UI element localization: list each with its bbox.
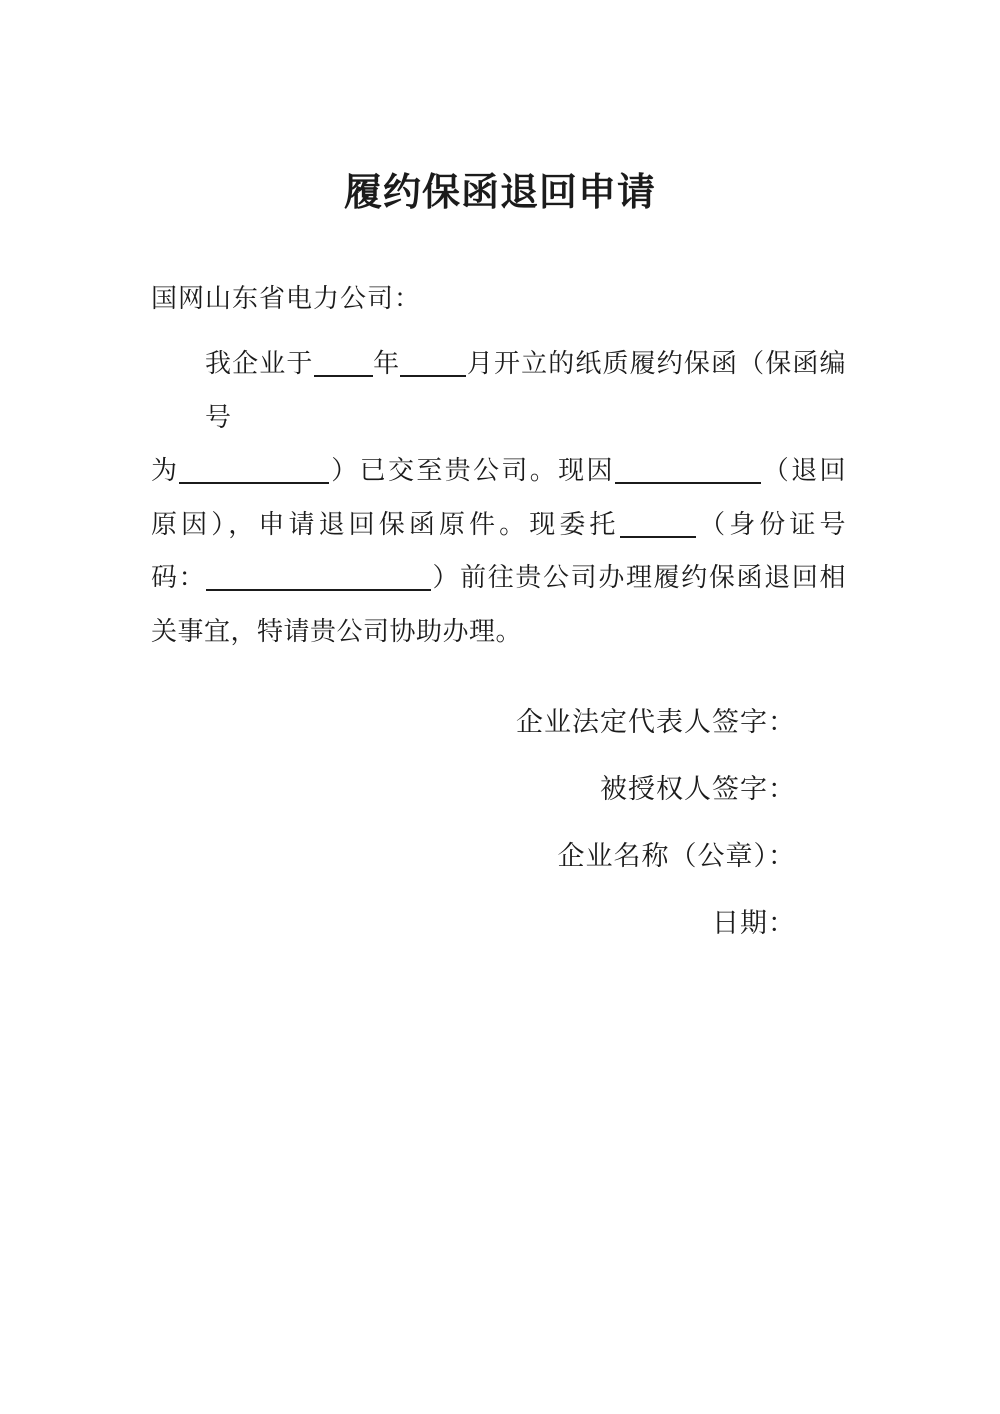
- paragraph-text: 我企业于: [205, 349, 314, 378]
- paragraph-line: 为）已交至贵公司。现因（退回: [151, 444, 846, 498]
- salutation-line: 国网山东省电力公司：: [151, 280, 846, 318]
- paragraph-text: 原因），申请退回保函原件。现委托: [151, 510, 620, 539]
- document-content: 国网山东省电力公司： 我企业于年月开立的纸质履约保函（保函编号为）已交至贵公司。…: [151, 280, 846, 941]
- paragraph-text: 码：: [151, 563, 206, 592]
- paragraph-line: 码：）前往贵公司办理履约保函退回相: [151, 551, 846, 605]
- fill-in-blank: [179, 456, 329, 484]
- paragraph-text: （退回: [761, 456, 846, 485]
- paragraph-line: 原因），申请退回保函原件。现委托（身份证号: [151, 498, 846, 552]
- fill-in-blank: [615, 456, 761, 484]
- signature-line: 被授权人签字：: [151, 771, 796, 807]
- paragraph-text: ）前往贵公司办理履约保函退回相: [431, 563, 846, 592]
- signature-line: 企业名称（公章）：: [151, 838, 796, 874]
- document-title: 履约保函退回申请: [0, 0, 1000, 216]
- fill-in-blank: [206, 563, 431, 591]
- body-paragraph: 我企业于年月开立的纸质履约保函（保函编号为）已交至贵公司。现因（退回原因），申请…: [151, 337, 846, 658]
- paragraph-line: 我企业于年月开立的纸质履约保函（保函编号: [151, 337, 846, 444]
- signature-line: 日期：: [151, 905, 796, 941]
- fill-in-blank: [620, 510, 696, 538]
- fill-in-blank: [400, 349, 466, 377]
- fill-in-blank: [314, 349, 373, 377]
- signature-line: 企业法定代表人签字：: [151, 704, 796, 740]
- paragraph-text: ）已交至贵公司。现因: [329, 456, 615, 485]
- signature-block: 企业法定代表人签字：被授权人签字：企业名称（公章）：日期：: [151, 704, 846, 941]
- paragraph-line: 关事宜，特请贵公司协助办理。: [151, 605, 846, 659]
- paragraph-text: 为: [151, 456, 179, 485]
- paragraph-text: 年: [373, 349, 401, 378]
- document-page: 履约保函退回申请 国网山东省电力公司： 我企业于年月开立的纸质履约保函（保函编号…: [0, 0, 1000, 1414]
- paragraph-text: （身份证号: [696, 510, 846, 539]
- paragraph-text: 关事宜，特请贵公司协助办理。: [151, 617, 522, 646]
